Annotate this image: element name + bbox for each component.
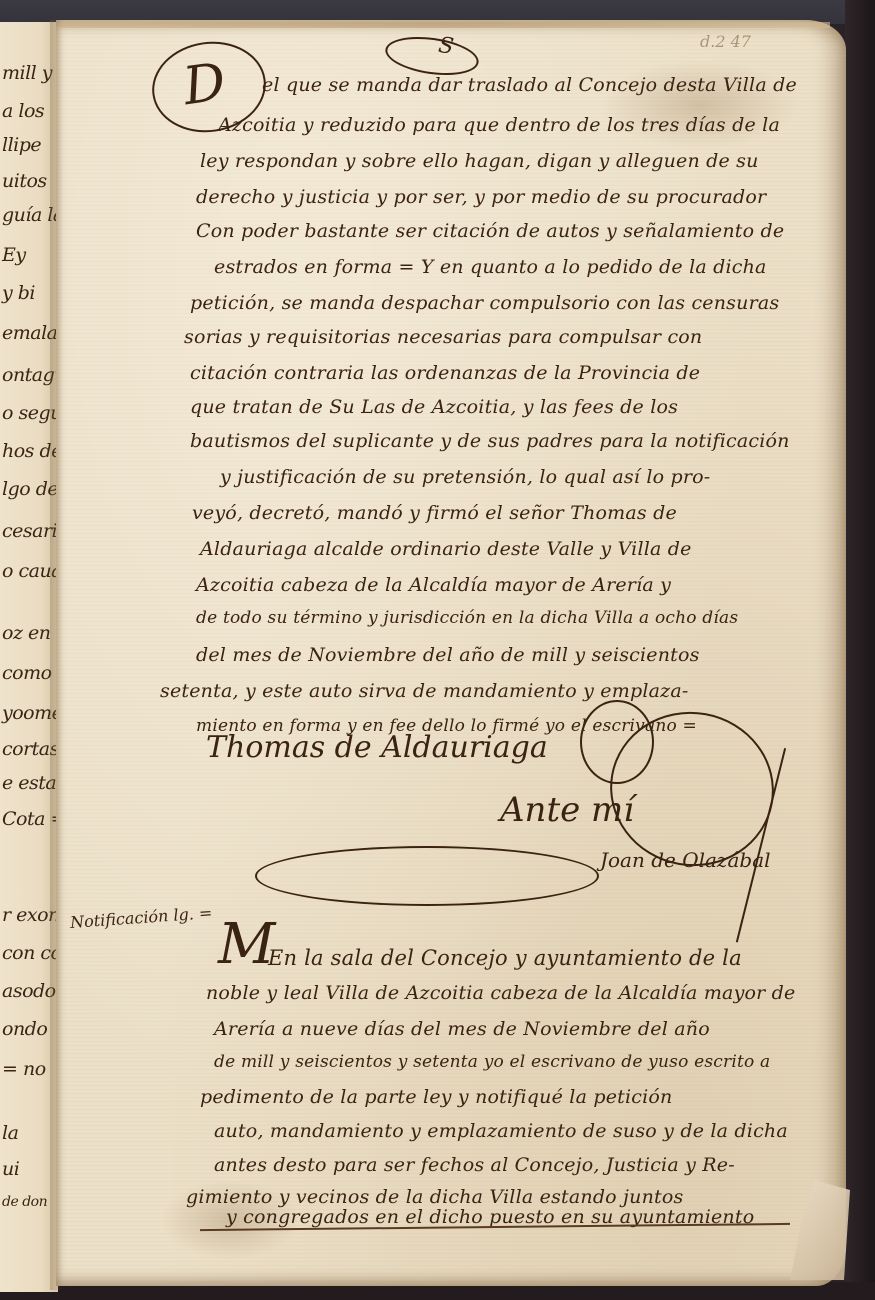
facing-page-text: de don bbox=[2, 1194, 47, 1210]
text-line: derecho y justicia y por ser, y por medi… bbox=[196, 186, 766, 208]
facing-page-text: uitos bbox=[2, 170, 47, 192]
text-line: y justificación de su pretensión, lo qua… bbox=[220, 466, 710, 488]
text-line: En la sala del Concejo y ayuntamiento de… bbox=[268, 946, 742, 970]
folio-number: d.2 47 bbox=[700, 32, 751, 51]
facing-page-text: la bbox=[2, 1122, 18, 1144]
text-line: Aldauriaga alcalde ordinario deste Valle… bbox=[200, 538, 692, 560]
facing-page-text: ui bbox=[2, 1158, 19, 1180]
book-gutter bbox=[50, 20, 66, 1290]
text-line: bautismos del suplicante y de sus padres… bbox=[190, 430, 790, 452]
text-line: el que se manda dar traslado al Concejo … bbox=[262, 74, 797, 96]
text-line: setenta, y este auto sirva de mandamient… bbox=[160, 680, 689, 702]
initial-letter: D bbox=[180, 52, 230, 117]
signature-escribano-name: Joan de Olazábal bbox=[600, 848, 771, 872]
text-line: sorias y requisitorias necesarias para c… bbox=[184, 326, 702, 348]
text-line: de todo su término y jurisdicción en la … bbox=[196, 608, 738, 628]
text-line: noble y leal Villa de Azcoitia cabeza de… bbox=[206, 982, 795, 1004]
facing-page-text: a los bbox=[2, 100, 44, 122]
text-line: antes desto para ser fechos al Concejo, … bbox=[214, 1154, 735, 1176]
text-line: Con poder bastante ser citación de autos… bbox=[196, 220, 784, 242]
signature-alcalde: Thomas de Aldauriaga bbox=[206, 730, 548, 765]
text-line: gimiento y vecinos de la dicha Villa est… bbox=[186, 1186, 683, 1208]
facing-page-text: llipe bbox=[2, 134, 41, 156]
scanner-background-right bbox=[845, 0, 875, 1300]
decorated-initial: M bbox=[218, 912, 275, 977]
text-line: Arería a nueve días del mes de Noviembre… bbox=[214, 1018, 710, 1040]
text-line: de mill y seiscientos y setenta yo el es… bbox=[214, 1052, 770, 1072]
facing-page-text: = no bbox=[2, 1058, 46, 1080]
facing-page-text: y bi bbox=[2, 282, 35, 304]
text-line: que tratan de Su Las de Azcoitia, y las … bbox=[190, 396, 678, 418]
text-line: Azcoitia cabeza de la Alcaldía mayor de … bbox=[196, 574, 671, 596]
text-line: ley respondan y sobre ello hagan, digan … bbox=[200, 150, 759, 172]
text-line: petición, se manda despachar compulsorio… bbox=[190, 292, 779, 314]
signature-flourish-loop bbox=[255, 846, 599, 906]
text-line: Azcoitia y reduzido para que dentro de l… bbox=[218, 114, 780, 136]
facing-page-text: Ey bbox=[2, 244, 26, 266]
text-line: del mes de Noviembre del año de mill y s… bbox=[196, 644, 700, 666]
torn-top-edge bbox=[60, 22, 830, 28]
facing-page-text: como bbox=[2, 662, 52, 684]
facing-page-text: oz en bbox=[2, 622, 50, 644]
signature-escribano-rubric: Ante mí bbox=[500, 790, 634, 830]
text-line: pedimento de la parte ley y notifiqué la… bbox=[200, 1086, 672, 1108]
text-line: citación contraria las ordenanzas de la … bbox=[190, 362, 700, 384]
text-line: estrados en forma = Y en quanto a lo ped… bbox=[214, 256, 767, 278]
text-line: auto, mandamiento y emplazamiento de sus… bbox=[214, 1120, 788, 1142]
text-line: veyó, decretó, mandó y firmó el señor Th… bbox=[192, 502, 677, 524]
facing-page-text: ondo bbox=[2, 1018, 47, 1040]
flourish-letter: S bbox=[437, 33, 455, 60]
